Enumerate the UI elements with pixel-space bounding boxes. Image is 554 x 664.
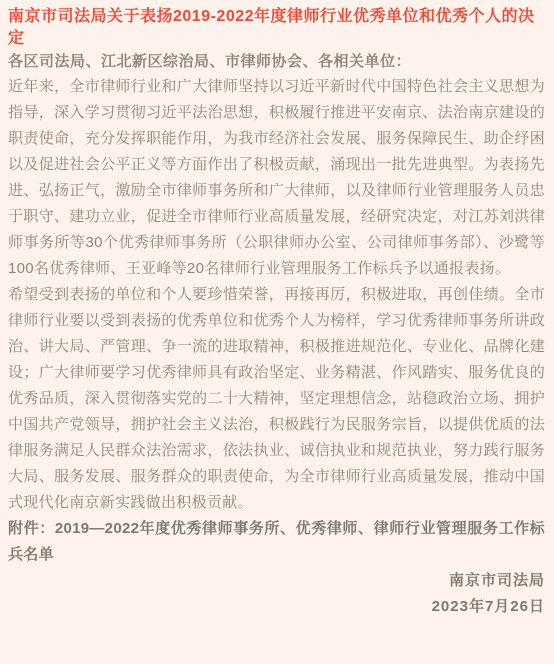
salutation-line: 各区司法局、江北新区综治局、市律师协会、各相关单位： xyxy=(8,50,545,74)
body-paragraph-2: 希望受到表扬的单位和个人要珍惜荣誉，再接再厉，积极进取，再创佳绩。全市律师行业要… xyxy=(8,282,545,516)
body-paragraph-1: 近年来，全市律师行业和广大律师坚持以习近平新时代中国特色社会主义思想为指导，深入… xyxy=(8,74,545,282)
issuer-signature: 南京市司法局 xyxy=(8,568,545,594)
issue-date: 2023年7月26日 xyxy=(8,594,545,620)
document-title: 南京市司法局关于表扬2019-2022年度律师行业优秀单位和优秀个人的决定 xyxy=(8,6,545,50)
announcement-document: 南京市司法局关于表扬2019-2022年度律师行业优秀单位和优秀个人的决定 各区… xyxy=(0,0,554,664)
attachment-note: 附件：2019—2022年度优秀律师事务所、优秀律师、律师行业管理服务工作标兵名… xyxy=(8,516,545,568)
